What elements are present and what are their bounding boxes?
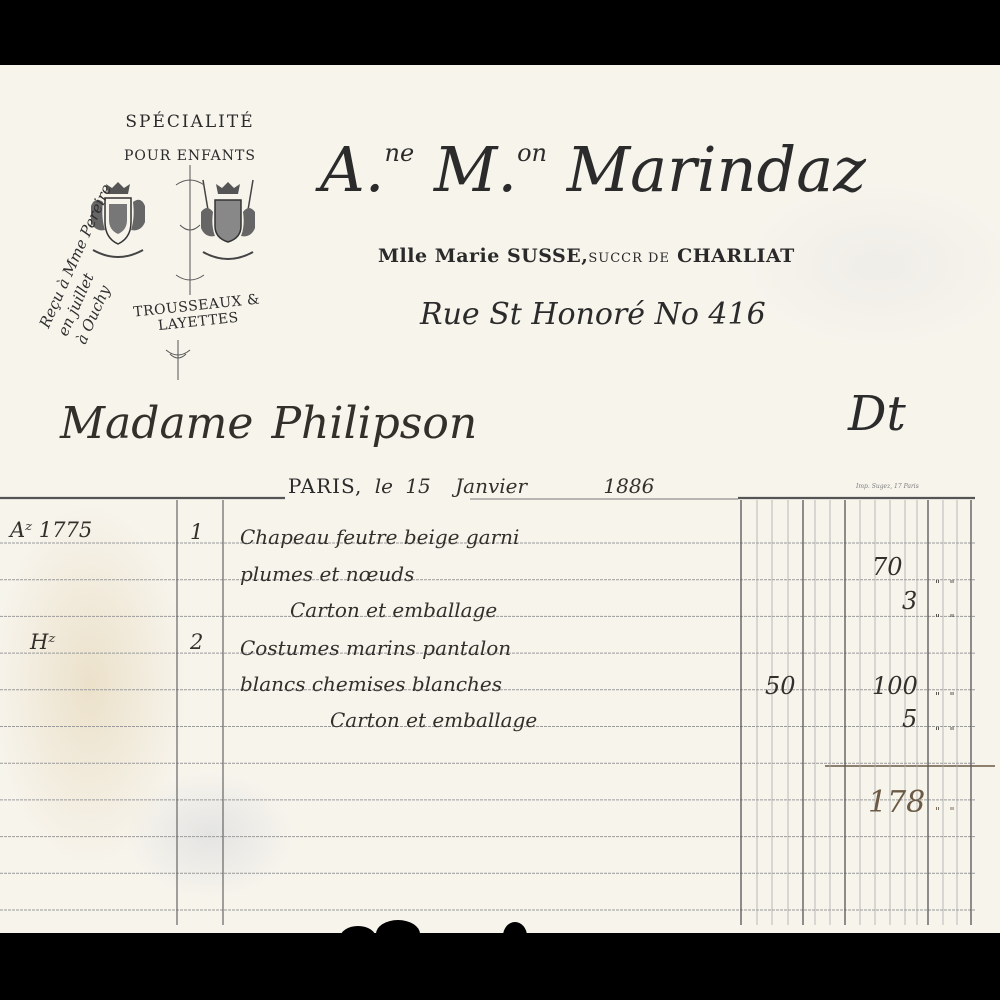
- item-ref: Aᶻ 1775: [10, 518, 92, 542]
- item-cents: " ": [935, 725, 958, 738]
- item-unit-price: 50: [765, 672, 796, 700]
- item-qty: 2: [190, 630, 203, 654]
- successor-title: Mlle: [378, 245, 428, 267]
- printer-imprint: Imp. Sugez, 17 Paris: [856, 483, 919, 490]
- predecessor-name: CHARLIAT: [677, 245, 795, 267]
- date-day: 15: [405, 474, 430, 498]
- invoice-total-cents: " ": [935, 805, 958, 818]
- city-label: PARIS,: [288, 474, 362, 498]
- item-cents: " ": [935, 578, 958, 591]
- firm-initial-m: M.: [434, 133, 517, 206]
- firm-address: Rue St Honoré No 416: [420, 297, 766, 332]
- date-le: le: [375, 474, 393, 498]
- firm-initial-a: A.: [320, 133, 384, 206]
- item-description-line: plumes et nœuds: [240, 562, 414, 586]
- successor-line: Mlle Marie SUSSE,SUCCR DE CHARLIAT: [378, 245, 795, 267]
- item-description-line: Carton et emballage: [290, 598, 497, 622]
- item-cents: " ": [935, 612, 958, 625]
- invoice-total: 178: [868, 785, 925, 820]
- recipient-name: Philipson: [271, 398, 477, 449]
- firm-sup-a: ne: [384, 139, 414, 167]
- item-amount: 3: [902, 587, 917, 615]
- successor-label: SUCCR DE: [588, 251, 670, 266]
- item-amount: 100: [872, 672, 918, 700]
- item-ref: Hᶻ: [30, 630, 55, 654]
- doit-label: Dt: [848, 386, 906, 442]
- item-description-line: Carton et emballage: [330, 708, 537, 732]
- firm-name: A.ne M.on Marindaz: [320, 118, 866, 205]
- item-amount: 5: [902, 705, 917, 733]
- item-description-line: blancs chemises blanches: [240, 672, 502, 696]
- date-year: 1886: [603, 474, 654, 498]
- date-month: Janvier: [455, 474, 527, 498]
- firm-surname: Marindaz: [567, 133, 866, 206]
- place-date-line: PARIS, le 15 Janvier 1886: [288, 474, 654, 498]
- item-description-line: Chapeau feutre beige garni: [240, 525, 519, 549]
- item-description-line: Costumes marins pantalon: [240, 636, 511, 660]
- successor-name: Marie SUSSE,: [435, 245, 589, 267]
- ornament-bottom-icon: [163, 340, 193, 380]
- binder-clip-shadow: [330, 918, 570, 948]
- item-amount: 70: [872, 553, 903, 581]
- firm-sup-m: on: [517, 139, 547, 167]
- recipient-salutation: Madame: [60, 398, 253, 449]
- item-cents: " ": [935, 690, 958, 703]
- ornament-flourish-icon: [170, 165, 210, 295]
- item-qty: 1: [190, 520, 203, 544]
- recipient-line: MadamePhilipson: [60, 398, 477, 449]
